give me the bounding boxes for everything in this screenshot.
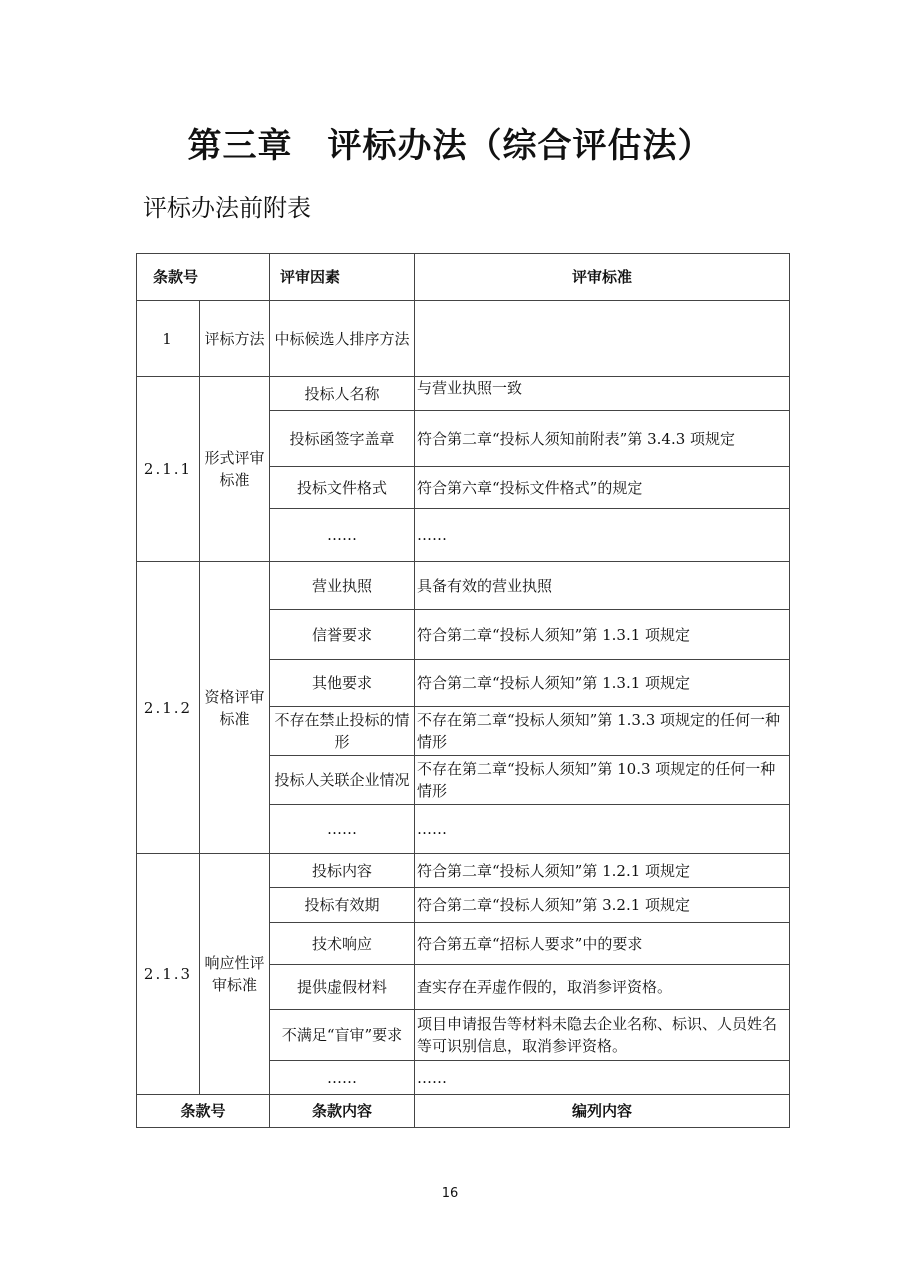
factor-cell: 技术响应 (270, 923, 415, 965)
standard-cell: 查实存在弄虚作假的，取消参评资格。 (415, 965, 790, 1010)
page-number: 16 (0, 1186, 900, 1201)
factor-cell: 提供虚假材料 (270, 965, 415, 1010)
standard-cell: 符合第二章“投标人须知”第 1.3.1 项规定 (415, 610, 790, 660)
clause-name: 响应性评审标准 (200, 854, 270, 1095)
standard-cell: …… (415, 509, 790, 562)
standard-cell: 与营业执照一致 (415, 377, 790, 411)
factor-cell: …… (270, 805, 415, 854)
footer-compile-content: 编列内容 (415, 1095, 790, 1128)
standard-cell: …… (415, 805, 790, 854)
factor-cell: 投标人关联企业情况 (270, 756, 415, 805)
standard-cell: 具备有效的营业执照 (415, 562, 790, 610)
header-standard: 评审标准 (415, 254, 790, 301)
standard-cell: 符合第二章“投标人须知”第 3.2.1 项规定 (415, 888, 790, 923)
header-clause-no: 条款号 (137, 254, 270, 301)
table-row: 2.1.3 响应性评审标准 投标内容 符合第二章“投标人须知”第 1.2.1 项… (137, 854, 790, 888)
footer-clause-no: 条款号 (137, 1095, 270, 1128)
standard-cell: 符合第五章“招标人要求”中的要求 (415, 923, 790, 965)
factor-cell: 投标文件格式 (270, 467, 415, 509)
standard-cell: …… (415, 1061, 790, 1095)
factor-cell: 中标候选人排序方法 (270, 301, 415, 377)
factor-cell: 营业执照 (270, 562, 415, 610)
clause-no: 2.1.1 (137, 377, 200, 562)
standard-cell: 项目申请报告等材料未隐去企业名称、标识、人员姓名等可识别信息，取消参评资格。 (415, 1010, 790, 1061)
standard-cell: 符合第二章“投标人须知”第 1.3.1 项规定 (415, 660, 790, 707)
header-factor: 评审因素 (270, 254, 415, 301)
clause-name: 形式评审标准 (200, 377, 270, 562)
factor-cell: 投标函签字盖章 (270, 411, 415, 467)
table-row: 1 评标方法 中标候选人排序方法 (137, 301, 790, 377)
factor-cell: 其他要求 (270, 660, 415, 707)
factor-cell: 投标有效期 (270, 888, 415, 923)
standard-cell: 符合第六章“投标文件格式”的规定 (415, 467, 790, 509)
chapter-title: 第三章 评标办法（综合评估法） (0, 118, 900, 167)
factor-cell: 不满足“盲审”要求 (270, 1010, 415, 1061)
standard-cell (415, 301, 790, 377)
table-row: 2.1.1 形式评审标准 投标人名称 与营业执照一致 (137, 377, 790, 411)
table-footer-row: 条款号 条款内容 编列内容 (137, 1095, 790, 1128)
factor-cell: …… (270, 1061, 415, 1095)
table-header-row: 条款号 评审因素 评审标准 (137, 254, 790, 301)
footer-clause-content: 条款内容 (270, 1095, 415, 1128)
standard-cell: 不存在第二章“投标人须知”第 1.3.3 项规定的任何一种情形 (415, 707, 790, 756)
clause-no: 2.1.3 (137, 854, 200, 1095)
section-title: 评标办法前附表 (143, 188, 311, 223)
clause-no: 2.1.2 (137, 562, 200, 854)
factor-cell: …… (270, 509, 415, 562)
standard-cell: 符合第二章“投标人须知前附表”第 3.4.3 项规定 (415, 411, 790, 467)
standard-cell: 不存在第二章“投标人须知”第 10.3 项规定的任何一种情形 (415, 756, 790, 805)
clause-name: 资格评审标准 (200, 562, 270, 854)
factor-cell: 投标人名称 (270, 377, 415, 411)
table-row: 2.1.2 资格评审标准 营业执照 具备有效的营业执照 (137, 562, 790, 610)
standard-cell: 符合第二章“投标人须知”第 1.2.1 项规定 (415, 854, 790, 888)
clause-name: 评标方法 (200, 301, 270, 377)
factor-cell: 信誉要求 (270, 610, 415, 660)
factor-cell: 投标内容 (270, 854, 415, 888)
clause-no: 1 (137, 301, 200, 377)
evaluation-method-table: 条款号 评审因素 评审标准 1 评标方法 中标候选人排序方法 2.1.1 形式评… (136, 253, 790, 1128)
factor-cell: 不存在禁止投标的情形 (270, 707, 415, 756)
